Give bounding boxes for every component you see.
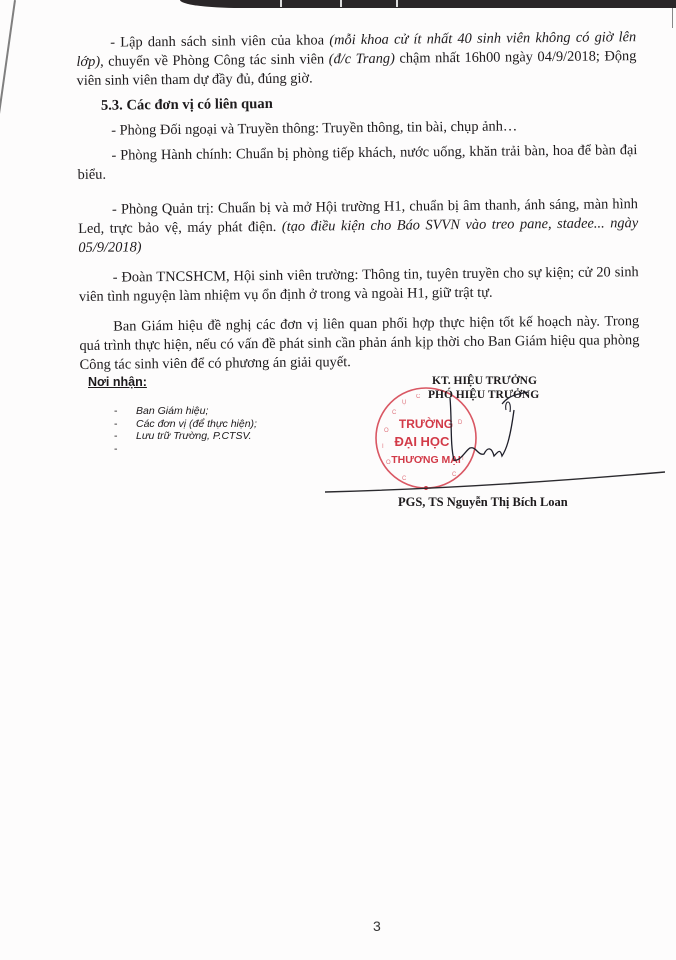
recipients-list: Ban Giám hiệu; Các đơn vị (để thực hiện)… — [88, 405, 348, 455]
svg-text:I: I — [382, 444, 384, 450]
paragraph-closing: Ban Giám hiệu đề nghị các đơn vị liên qu… — [79, 312, 640, 375]
recipients-block: Nơi nhận: Ban Giám hiệu; Các đơn vị (để … — [88, 373, 348, 455]
svg-text:O: O — [384, 428, 389, 434]
paragraph-student-list: - Lập danh sách sinh viên của khoa (mỗi … — [76, 28, 637, 91]
signer-name: PGS, TS Nguyễn Thị Bích Loan — [398, 495, 568, 510]
photo-top-edge — [180, 0, 676, 8]
svg-text:Ụ: Ụ — [402, 400, 406, 406]
recipient-item — [114, 443, 348, 456]
document-body: - Lập danh sách sinh viên của khoa (mỗi … — [76, 14, 640, 375]
recipients-title: Nơi nhận: — [88, 375, 147, 389]
paragraph-external-relations: - Phòng Đối ngoại và Truyền thông: Truyề… — [77, 116, 637, 141]
section-heading: 5.3. Các đơn vị có liên quan — [77, 91, 637, 116]
paragraph-administration: - Phòng Hành chính: Chuẩn bị phòng tiếp … — [77, 141, 637, 185]
svg-text:C: C — [416, 394, 421, 400]
handwritten-signature — [440, 390, 530, 470]
recipient-item: Các đơn vị (để thực hiện); — [114, 418, 348, 431]
recipient-item: Lưu trữ Trường, P.CTSV. — [114, 430, 348, 443]
edge-mark — [340, 0, 342, 7]
edge-mark — [396, 0, 398, 7]
signature-title-rector: KT. HIỆU TRƯỞNG — [426, 374, 626, 388]
paragraph-youth-union: - Đoàn TNCSHCM, Hội sinh viên trường: Th… — [79, 263, 639, 307]
paper-right-edge — [672, 8, 673, 28]
svg-text:C: C — [392, 410, 397, 416]
paper-left-edge — [0, 0, 16, 139]
edge-mark — [280, 0, 282, 7]
paragraph-facilities: - Phòng Quản trị: Chuẩn bị và mở Hội trư… — [78, 195, 639, 258]
recipient-item: Ban Giám hiệu; — [114, 405, 348, 418]
page-number: 3 — [373, 918, 381, 934]
